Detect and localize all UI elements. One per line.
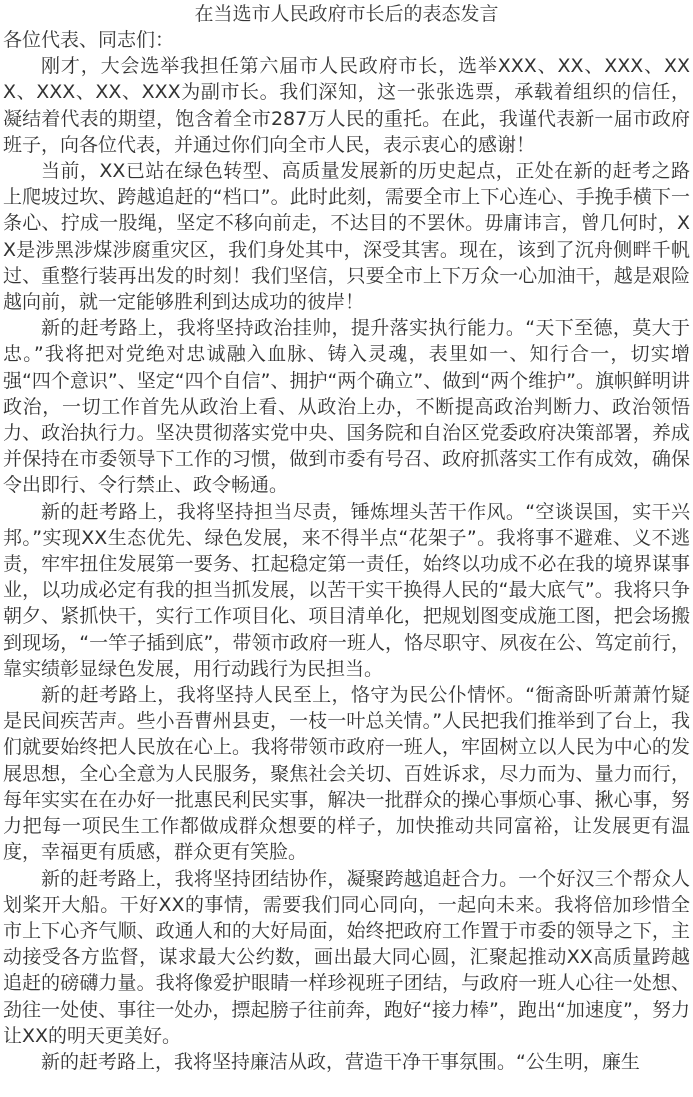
paragraph-current-situation: 当前，XX已站在绿色转型、高质量发展新的历史起点，正处在新的赶考之路上爬坡过坎、…: [3, 158, 690, 315]
paragraph-responsibility: 新的赶考路上，我将坚持担当尽责，锤炼埋头苦干作风。“空谈误国，实干兴邦。”实现X…: [3, 499, 690, 682]
speech-document: 在当选市人民政府市长后的表态发言 各位代表、同志们： 刚才，大会选举我担任第六届…: [0, 0, 693, 1075]
document-title: 在当选市人民政府市长后的表态发言: [3, 0, 690, 27]
salutation: 各位代表、同志们：: [3, 27, 690, 53]
paragraph-political-leadership: 新的赶考路上，我将坚持政治挂帅，提升落实执行能力。“天下至德，莫大于忠。”我将把…: [3, 315, 690, 498]
paragraph-people-first: 新的赶考路上，我将坚持人民至上，恪守为民公仆情怀。“衙斋卧听萧萧竹疑是民间疾苦声…: [3, 682, 690, 865]
paragraph-integrity: 新的赶考路上，我将坚持廉洁从政，营造干净干事氛围。“公生明，廉生: [3, 1049, 690, 1075]
paragraph-election-thanks: 刚才，大会选举我担任第六届市人民政府市长，选举XXX、XX、XXX、XXX、XX…: [3, 53, 690, 158]
paragraph-unity: 新的赶考路上，我将坚持团结协作，凝聚跨越追赶合力。一个好汉三个帮众人划桨开大船。…: [3, 866, 690, 1049]
